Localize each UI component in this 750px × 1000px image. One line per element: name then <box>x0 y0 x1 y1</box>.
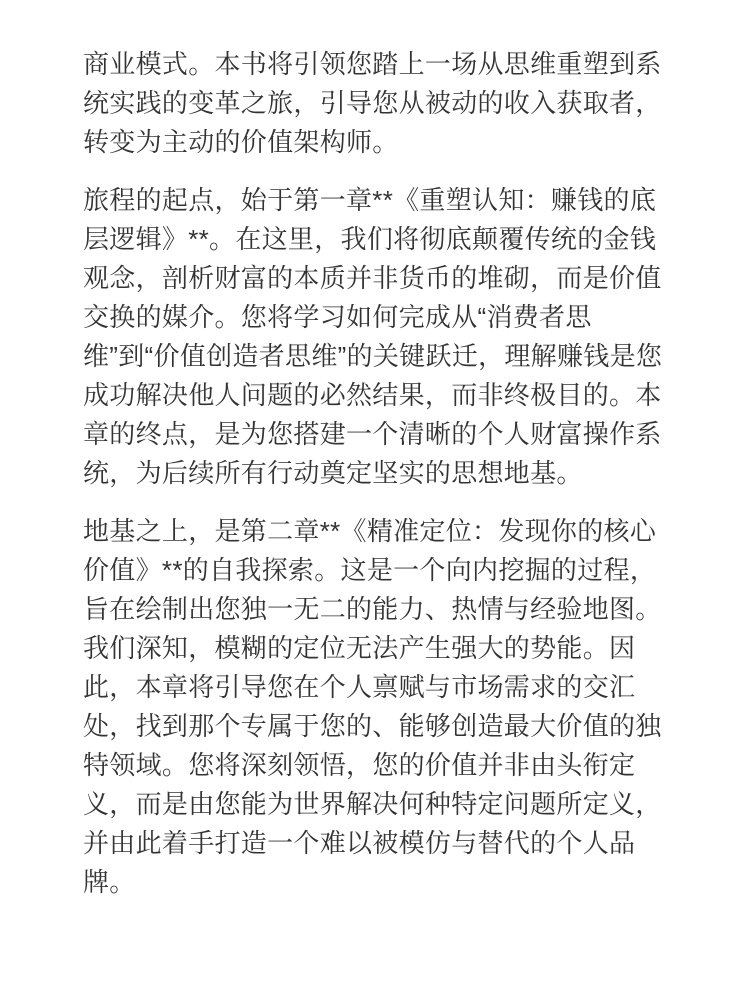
document-text-column: 商业模式。本书将引领您踏上一场从思维重塑到系统实践的变革之旅，引导您从被动的收入… <box>83 45 671 902</box>
document-page: 商业模式。本书将引领您踏上一场从思维重塑到系统实践的变革之旅，引导您从被动的收入… <box>0 0 750 1000</box>
paragraph-2: 旅程的起点，始于第一章**《重塑认知：赚钱的底层逻辑》**。在这里，我们将彻底颠… <box>83 181 671 493</box>
paragraph-1: 商业模式。本书将引领您踏上一场从思维重塑到系统实践的变革之旅，引导您从被动的收入… <box>83 45 671 162</box>
paragraph-3: 地基之上，是第二章**《精准定位：发现你的核心价值》**的自我探索。这是一个向内… <box>83 512 671 902</box>
